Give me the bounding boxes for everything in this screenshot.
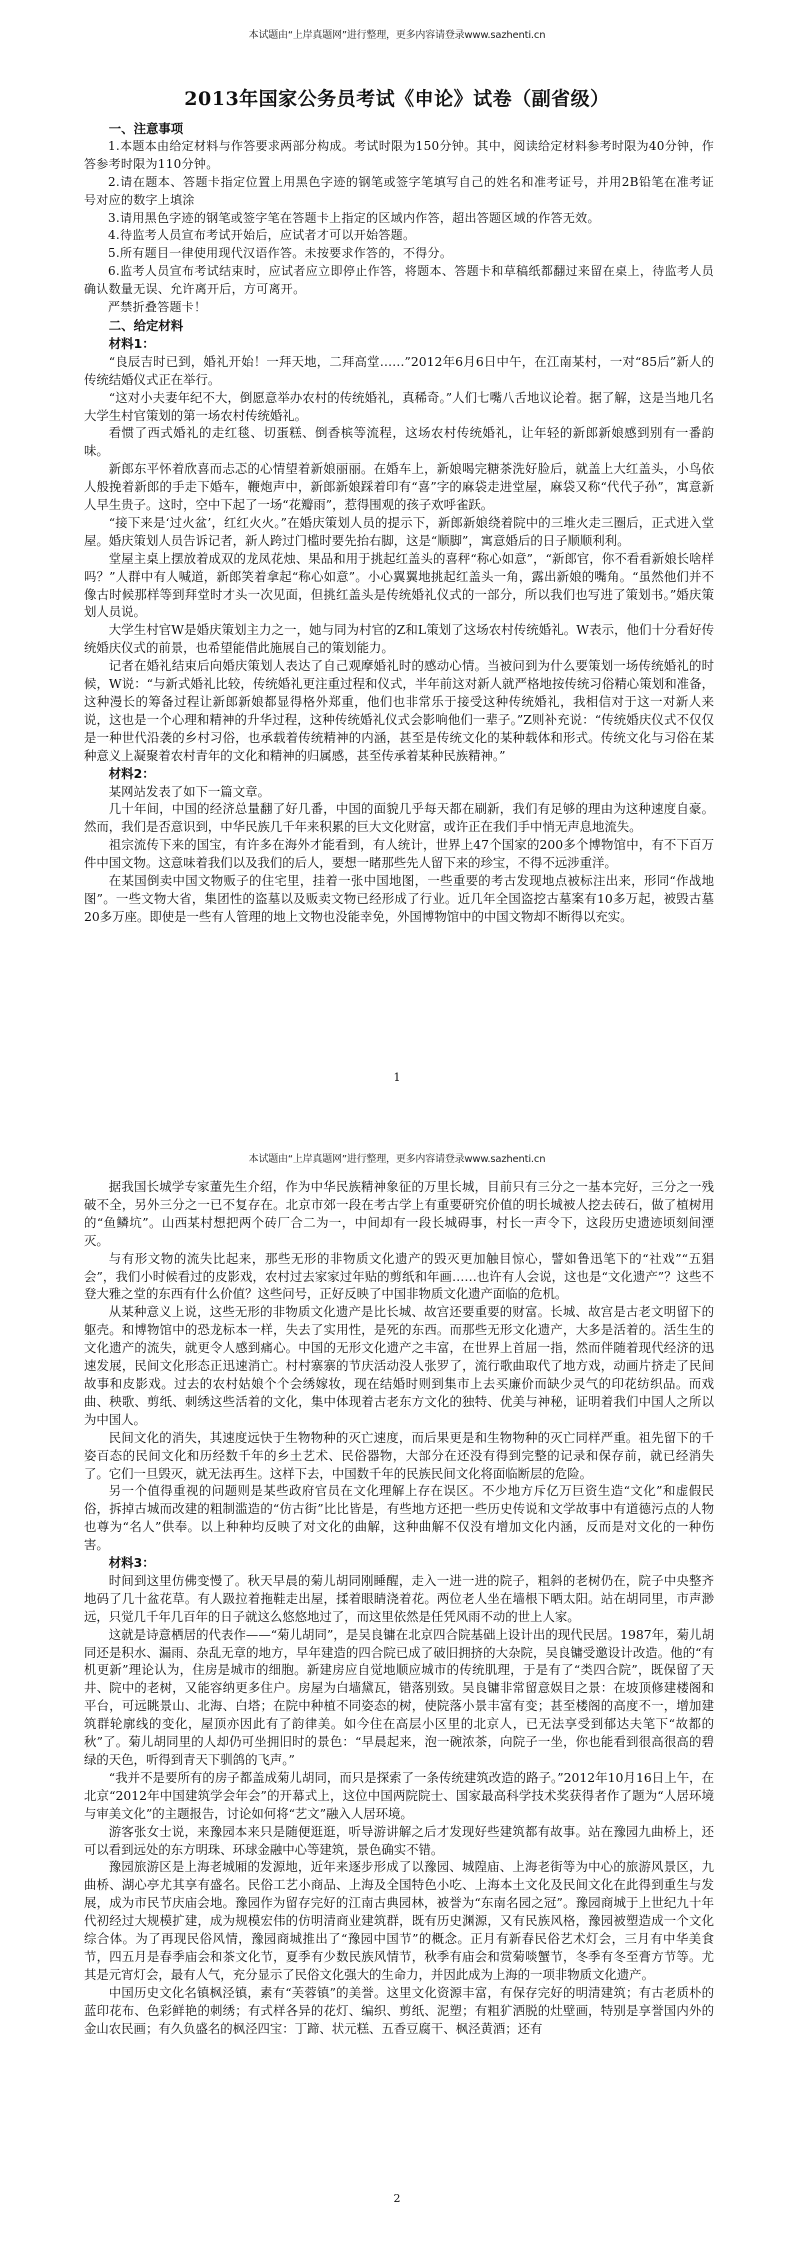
- notice-item: 4.待监考人员宣布考试开始后，应试者才可以开始答题。: [84, 227, 714, 245]
- page-1: 本试题由“上岸真题网”进行整理，更多内容请登录www.sazhenti.cn 2…: [0, 0, 794, 1122]
- page-1-body: 一、注意事项 1.本题本由给定材料与作答要求两部分构成。考试时限为150分钟。其…: [84, 120, 714, 926]
- page-number: 2: [0, 2192, 794, 2205]
- paragraph: 时间到这里仿佛变慢了。秋天早晨的菊儿胡同刚睡醒，走入一进一进的院子，粗斜的老树仍…: [84, 1572, 714, 1626]
- header-note: 本试题由“上岸真题网”进行整理，更多内容请登录www.sazhenti.cn: [0, 26, 794, 41]
- paragraph: 中国历史文化名镇枫泾镇，素有“芙蓉镇”的美誉。这里文化资源丰富，有保存完好的明清…: [84, 1984, 714, 2038]
- notice-item: 1.本题本由给定材料与作答要求两部分构成。考试时限为150分钟。其中，阅读给定材…: [84, 138, 714, 174]
- notice-item: 5.所有题目一律使用现代汉语作答。未按要求作答的，不得分。: [84, 245, 714, 263]
- notice-item: 2.请在题本、答题卡指定位置上用黑色字迹的钢笔或签字笔填写自己的姓名和准考证号，…: [84, 174, 714, 210]
- material-2-heading: 材料2：: [84, 765, 714, 783]
- paragraph: 某网站发表了如下一篇文章。: [84, 783, 714, 801]
- paragraph: 几十年间，中国的经济总量翻了好几番，中国的面貌几乎每天都在刷新，我们有足够的理由…: [84, 800, 714, 836]
- paragraph: 看惯了西式婚礼的走红毯、切蛋糕、倒香槟等流程，这场农村传统婚礼，让年轻的新郎新娘…: [84, 424, 714, 460]
- paragraph: 据我国长城学专家董先生介绍，作为中华民族精神象征的万里长城，目前只有三分之一基本…: [84, 1178, 714, 1250]
- page-number: 1: [0, 1071, 794, 1084]
- paragraph: “良辰吉时已到，婚礼开始！一拜天地，二拜高堂……”2012年6月6日中午，在江南…: [84, 353, 714, 389]
- page-2-body: 据我国长城学专家董先生介绍，作为中华民族精神象征的万里长城，目前只有三分之一基本…: [84, 1178, 714, 2038]
- paragraph: 祖宗流传下来的国宝，有许多在海外才能看到，有人统计，世界上47个国家的200多个…: [84, 836, 714, 872]
- paragraph: 这就是诗意栖居的代表作——“菊儿胡同”，是吴良镛在北京四合院基础上设计出的现代民…: [84, 1626, 714, 1769]
- paragraph: 记者在婚礼结束后向婚庆策划人表达了自己观摩婚礼时的感动心情。当被问到为什么要策划…: [84, 657, 714, 764]
- paragraph: “接下来是‘过火盆’，红红火火。”在婚庆策划人员的提示下，新郎新娘绕着院中的三堆…: [84, 514, 714, 550]
- paragraph: 在某国倒卖中国文物贩子的住宅里，挂着一张中国地图，一些重要的考古发现地点被标注出…: [84, 872, 714, 926]
- notice-item: 3.请用黑色字迹的钢笔或签字笔在答题卡上指定的区域内作答，超出答题区域的作答无效…: [84, 210, 714, 228]
- paragraph: 与有形文物的流失比起来，那些无形的非物质文化遗产的毁灭更加触目惊心，譬如鲁迅笔下…: [84, 1250, 714, 1304]
- paragraph: 游客张女士说，来豫园本来只是随便逛逛，听导游讲解之后才发现好些建筑都有故事。站在…: [84, 1823, 714, 1859]
- paragraph: 豫园旅游区是上海老城厢的发源地，近年来逐步形成了以豫园、城隍庙、上海老街等为中心…: [84, 1858, 714, 1983]
- notice-warning: 严禁折叠答题卡！: [84, 299, 714, 317]
- header-note: 本试题由“上岸真题网”进行整理，更多内容请登录www.sazhenti.cn: [0, 1150, 794, 1165]
- page-2: 本试题由“上岸真题网”进行整理，更多内容请登录www.sazhenti.cn 据…: [0, 1122, 794, 2244]
- document-title: 2013年国家公务员考试《申论》试卷（副省级）: [0, 84, 794, 111]
- paragraph: 民间文化的消失，其速度远快于生物物种的灭亡速度，而后果更是和生物物种的灭亡同样严…: [84, 1429, 714, 1483]
- paragraph: 大学生村官W是婚庆策划主力之一，她与同为村官的Z和L策划了这场农村传统婚礼。W表…: [84, 621, 714, 657]
- paragraph: 从某种意义上说，这些无形的非物质文化遗产是比长城、故宫还要重要的财富。长城、故宫…: [84, 1303, 714, 1428]
- material-3-heading: 材料3：: [84, 1554, 714, 1572]
- paragraph: 另一个值得重视的问题则是某些政府官员在文化理解上存在误区。不少地方斥亿万巨资生造…: [84, 1482, 714, 1554]
- section-heading-materials: 二、给定材料: [84, 317, 714, 335]
- material-1-heading: 材料1：: [84, 335, 714, 353]
- paragraph: 新郎东平怀着欣喜而忐忑的心情望着新娘丽丽。在婚车上，新娘喝完糖茶洗好脸后，就盖上…: [84, 460, 714, 514]
- notice-item: 6.监考人员宣布考试结束时，应试者应立即停止作答，将题本、答题卡和草稿纸都翻过来…: [84, 263, 714, 299]
- section-heading-notice: 一、注意事项: [84, 120, 714, 138]
- paragraph: “这对小夫妻年纪不大，倒愿意举办农村的传统婚礼，真稀奇。”人们七嘴八舌地议论着。…: [84, 389, 714, 425]
- paragraph: 堂屋主桌上摆放着成双的龙凤花烛、果品和用于挑起红盖头的喜秤“称心如意”，“新郎官…: [84, 550, 714, 622]
- paragraph: “我并不是要所有的房子都盖成菊儿胡同，而只是探索了一条传统建筑改造的路子。”20…: [84, 1769, 714, 1823]
